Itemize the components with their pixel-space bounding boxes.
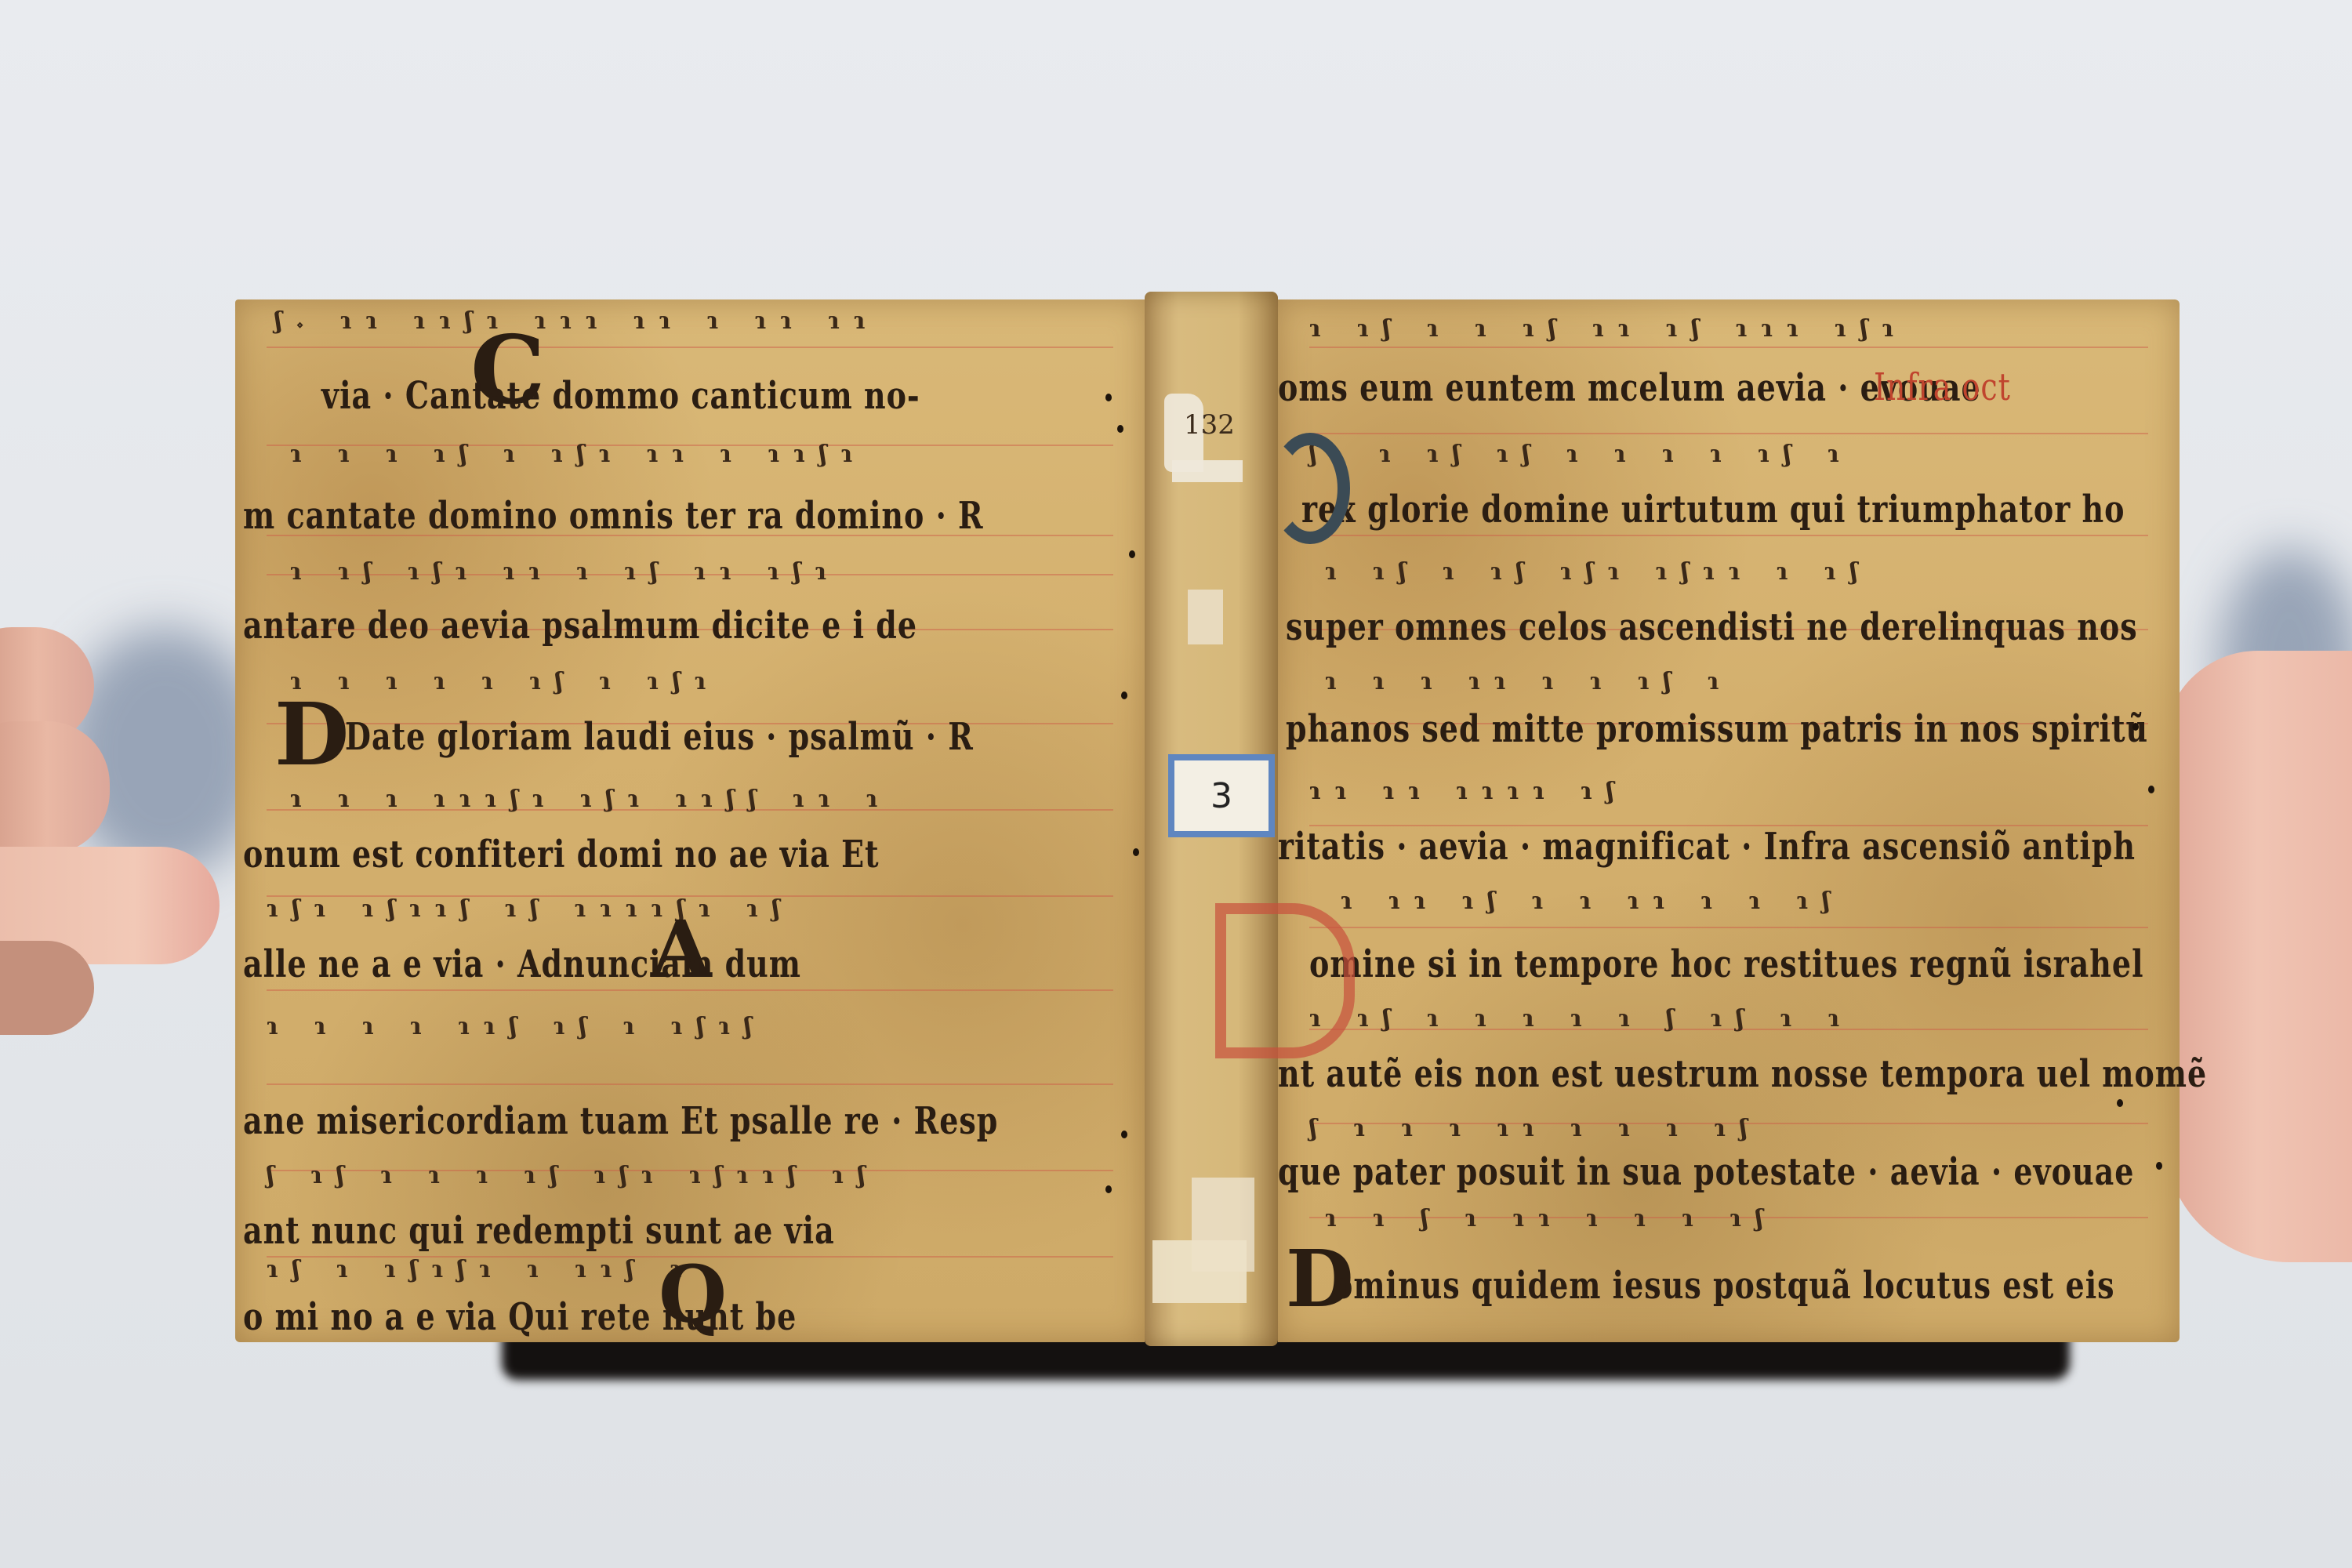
shelfmark: 132 — [1184, 409, 1235, 441]
neumes-row: ʃ𝆹 ɿɿ ɿɿʃɿ ɿɿɿ ɿɿ ɿ ɿɿ ɿɿ — [274, 307, 880, 335]
worm-hole — [1105, 394, 1112, 401]
left-cover: ʃ𝆹 ɿɿ ɿɿʃɿ ɿɿɿ ɿɿ ɿ ɿɿ ɿɿ C via · Cantat… — [235, 299, 1145, 1342]
blue-initial-o — [1270, 433, 1350, 544]
initial-d: D — [274, 684, 349, 785]
manuscript-book: ʃ𝆹 ɿɿ ɿɿʃɿ ɿɿɿ ɿɿ ɿ ɿɿ ɿɿ C via · Cantat… — [235, 299, 2180, 1342]
red-initial-d — [1215, 903, 1355, 1058]
spine-number-label: 3 — [1168, 754, 1275, 837]
right-cover: ɿ ɿʃ ɿ ɿ ɿʃ ɿɿ ɿʃ ɿɿɿ ɿʃɿ oms eum euntem… — [1278, 299, 2180, 1342]
